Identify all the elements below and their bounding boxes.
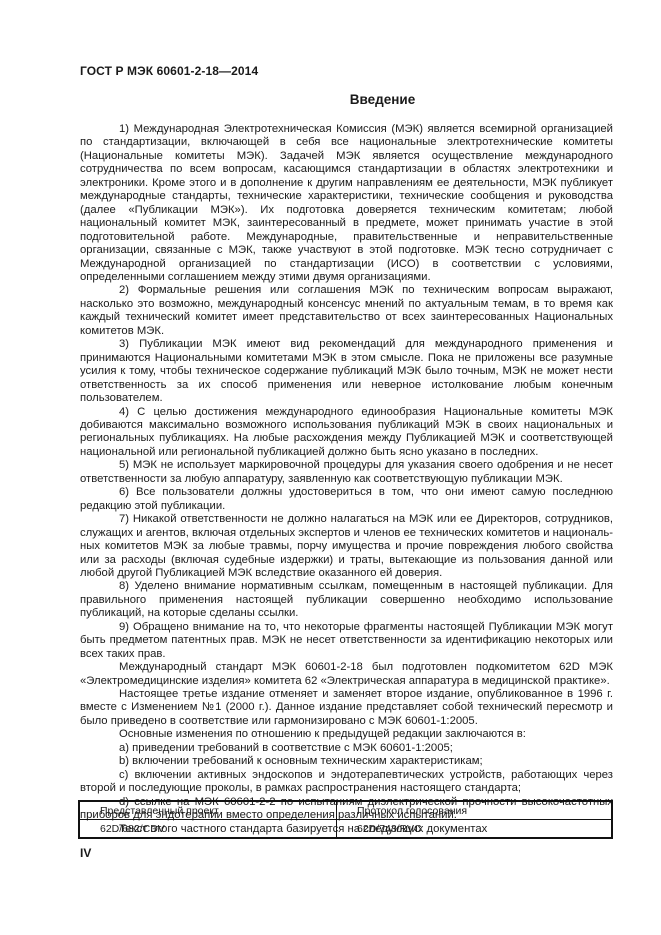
paragraph-4: 4) С целью достижения международного еди…: [80, 406, 613, 460]
table-header-cell: Протокол голосования: [337, 801, 613, 820]
table-cell: 62D/682/CDV: [79, 820, 337, 839]
introduction-body: 1) Международная Электротехническая Коми…: [80, 123, 613, 836]
paragraph-1: 1) Международная Электротехническая Коми…: [80, 123, 613, 284]
document-header-standard-id: ГОСТ Р МЭК 60601-2-18—2014: [80, 64, 258, 78]
list-item-c: c) включении активных эндоскопов и эндот…: [80, 769, 613, 796]
paragraph-3: 3) Публикации МЭК имеют вид рекомендаций…: [80, 338, 613, 405]
documents-table: Представленный проект Протокол голосован…: [78, 800, 613, 839]
table-header-cell: Представленный проект: [79, 801, 337, 820]
paragraph-9: 9) Обращено внимание на то, что некоторы…: [80, 621, 613, 661]
paragraph-changes-intro: Основные изменения по отношению к предыд…: [80, 728, 613, 741]
list-item-a: a) приведении требований в соответствие …: [80, 742, 613, 755]
table-cell: 62D/743/RVC: [337, 820, 613, 839]
table-row: 62D/682/CDV 62D/743/RVC: [79, 820, 612, 839]
section-title: Введение: [80, 92, 613, 107]
paragraph-6: 6) Все пользователи должны удостоверитьс…: [80, 486, 613, 513]
paragraph-8: 8) Уделено внимание нормативным ссылкам,…: [80, 580, 613, 620]
paragraph-edition: Настоящее третье издание отменяет и заме…: [80, 688, 613, 728]
table-header-row: Представленный проект Протокол голосован…: [79, 801, 612, 820]
paragraph-7: 7) Никакой ответственности не должно нал…: [80, 513, 613, 580]
page-number: IV: [80, 846, 91, 860]
paragraph-5: 5) МЭК не использует маркировочной проце…: [80, 459, 613, 486]
paragraph-prepared-by: Международный стандарт МЭК 60601-2-18 бы…: [80, 661, 613, 688]
paragraph-2: 2) Формальные решения или соглашения МЭК…: [80, 284, 613, 338]
list-item-b: b) включении требований к основным техни…: [80, 755, 613, 768]
